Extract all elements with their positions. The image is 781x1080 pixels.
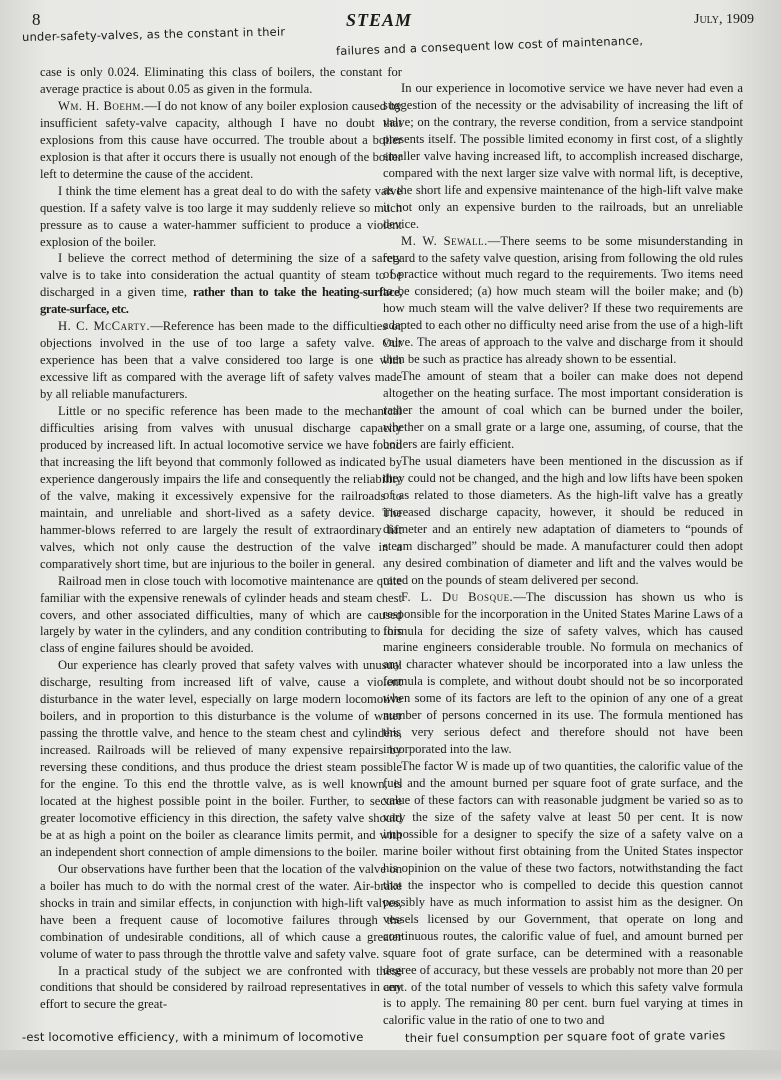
issue-date: July, 1909	[694, 12, 754, 28]
speaker-name: Wm. H. Boehm.	[58, 99, 145, 113]
right-column: In our experience in locomotive service …	[383, 80, 743, 1029]
handwritten-note-top-right: failures and a consequent low cost of ma…	[336, 33, 644, 58]
paragraph: I think the time element has a great dea…	[40, 183, 402, 251]
speaker-name: F. L. Du Bosque.	[401, 590, 513, 604]
paragraph: The usual diameters have been mentioned …	[383, 453, 743, 589]
paragraph: case is only 0.024. Eliminating this cla…	[40, 64, 402, 98]
paper-fold-shadow	[0, 1050, 781, 1080]
left-column: case is only 0.024. Eliminating this cla…	[40, 64, 402, 1013]
paragraph: M. W. Sewall.—There seems to be some mis…	[383, 233, 743, 369]
speaker-name: M. W. Sewall.	[401, 234, 488, 248]
page-number: 8	[32, 10, 41, 30]
handwritten-note-bottom-left: -est locomotive efficiency, with a minim…	[22, 1030, 363, 1044]
handwritten-note-bottom-right: their fuel consumption per square foot o…	[405, 1028, 726, 1045]
paragraph: In a practical study of the subject we a…	[40, 963, 402, 1014]
journal-title: STEAM	[346, 10, 412, 31]
paragraph: In our experience in locomotive service …	[383, 80, 743, 233]
paragraph: Our experience has clearly proved that s…	[40, 657, 402, 860]
paragraph: The factor W is made up of two quantitie…	[383, 758, 743, 1029]
speaker-name: H. C. McCarty.	[58, 319, 150, 333]
document-page: 8 STEAM July, 1909 under-safety-valves, …	[30, 0, 754, 1050]
paragraph: Railroad men in close touch with locomot…	[40, 573, 402, 658]
paragraph: H. C. McCarty.—Reference has been made t…	[40, 318, 402, 403]
paragraph: The amount of steam that a boiler can ma…	[383, 368, 743, 453]
paragraph: Our observations have further been that …	[40, 861, 402, 963]
paragraph: Wm. H. Boehm.—I do not know of any boile…	[40, 98, 402, 183]
paragraph: Little or no specific reference has been…	[40, 403, 402, 573]
paragraph: I believe the correct method of determin…	[40, 250, 402, 318]
paragraph: F. L. Du Bosque.—The discussion has show…	[383, 589, 743, 759]
